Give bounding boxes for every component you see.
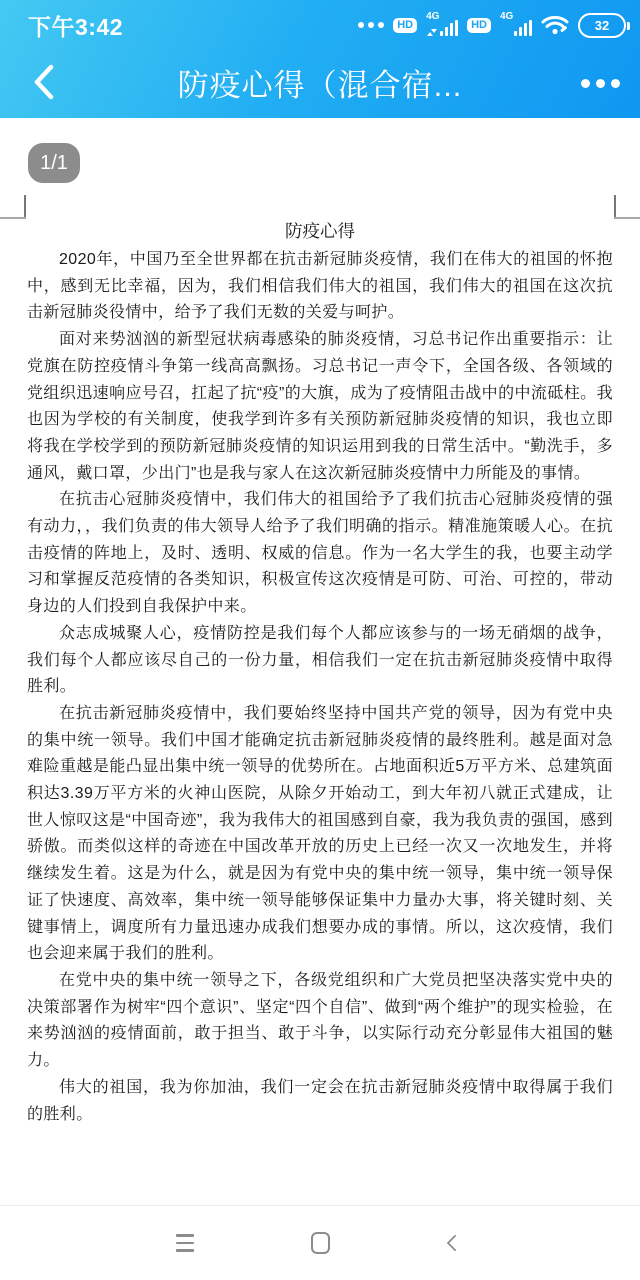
page-corner-mark-left: [0, 217, 26, 219]
back-button[interactable]: [22, 60, 66, 104]
clock: 下午3:42: [28, 9, 123, 42]
battery-icon: 32: [578, 13, 626, 38]
volte-hd-icon: HD: [393, 18, 417, 33]
paragraph: 2020年，中国乃至全世界都在抗击新冠肺炎疫情，我们在伟大的祖国的怀抱中，感到无…: [27, 247, 613, 327]
status-bar: 下午3:42 HD 4G HD 4G: [0, 0, 640, 46]
app-header: 下午3:42 HD 4G HD 4G: [0, 0, 640, 118]
title-bar: 防疫心得（混合宿...: [0, 46, 640, 118]
wifi-icon: [541, 14, 569, 36]
paragraph: 在抗击心冠肺炎疫情中，我们伟大的祖国给予了我们抗击心冠肺炎疫情的强有动力，，我们…: [27, 487, 613, 621]
sim2-signal-icon: 4G: [500, 13, 532, 37]
document-viewer[interactable]: 1/1 防疫心得 2020年，中国乃至全世界都在抗击新冠肺炎疫情，我们在伟大的祖…: [0, 118, 640, 1205]
paragraph: 在抗击新冠肺炎疫情中，我们要始终坚持中国共产党的领导，因为有党中央的集中统一领导…: [27, 701, 613, 968]
data-updown-icon: [427, 28, 435, 36]
page-indicator-badge: 1/1: [28, 143, 80, 183]
essay-title: 防疫心得: [27, 218, 613, 245]
back-chevron-icon: [447, 1235, 464, 1252]
home-button[interactable]: [253, 1213, 388, 1273]
paragraph: 众志成城聚人心，疫情防控是我们每个人都应该参与的一场无硝烟的战争，我们每个人都应…: [27, 621, 613, 701]
status-icons: HD 4G HD 4G: [358, 13, 626, 38]
paragraph: 在党中央的集中统一领导之下，各级党组织和广大党员把坚决落实党中央的决策部署作为树…: [27, 968, 613, 1075]
more-menu-button[interactable]: [576, 68, 624, 98]
page-corner-mark-right: [614, 217, 640, 219]
document-title-header: 防疫心得（混合宿...: [0, 60, 640, 105]
page-corner-mark-right: [614, 195, 616, 219]
sim1-signal-icon: 4G: [426, 13, 458, 37]
system-nav-bar: [0, 1205, 640, 1280]
paragraph: 伟大的祖国，我为你加油，我们一定会在抗击新冠肺炎疫情中取得属于我们的胜利。: [27, 1075, 613, 1128]
recents-button[interactable]: [118, 1213, 253, 1273]
back-nav-button[interactable]: [388, 1213, 523, 1273]
document-body: 防疫心得 2020年，中国乃至全世界都在抗击新冠肺炎疫情，我们在伟大的祖国的怀抱…: [27, 218, 613, 1128]
recents-icon: [176, 1234, 194, 1252]
screen: 下午3:42 HD 4G HD 4G: [0, 0, 640, 1280]
page-corner-mark-left: [24, 195, 26, 219]
home-icon: [311, 1232, 330, 1254]
paragraph: 面对来势汹汹的新型冠状病毒感染的肺炎疫情，习总书记作出重要指示：让党旗在防控疫情…: [27, 327, 613, 487]
battery-percent: 32: [595, 18, 609, 33]
volte-hd-icon: HD: [467, 18, 491, 33]
notification-dots-icon: [358, 22, 384, 28]
